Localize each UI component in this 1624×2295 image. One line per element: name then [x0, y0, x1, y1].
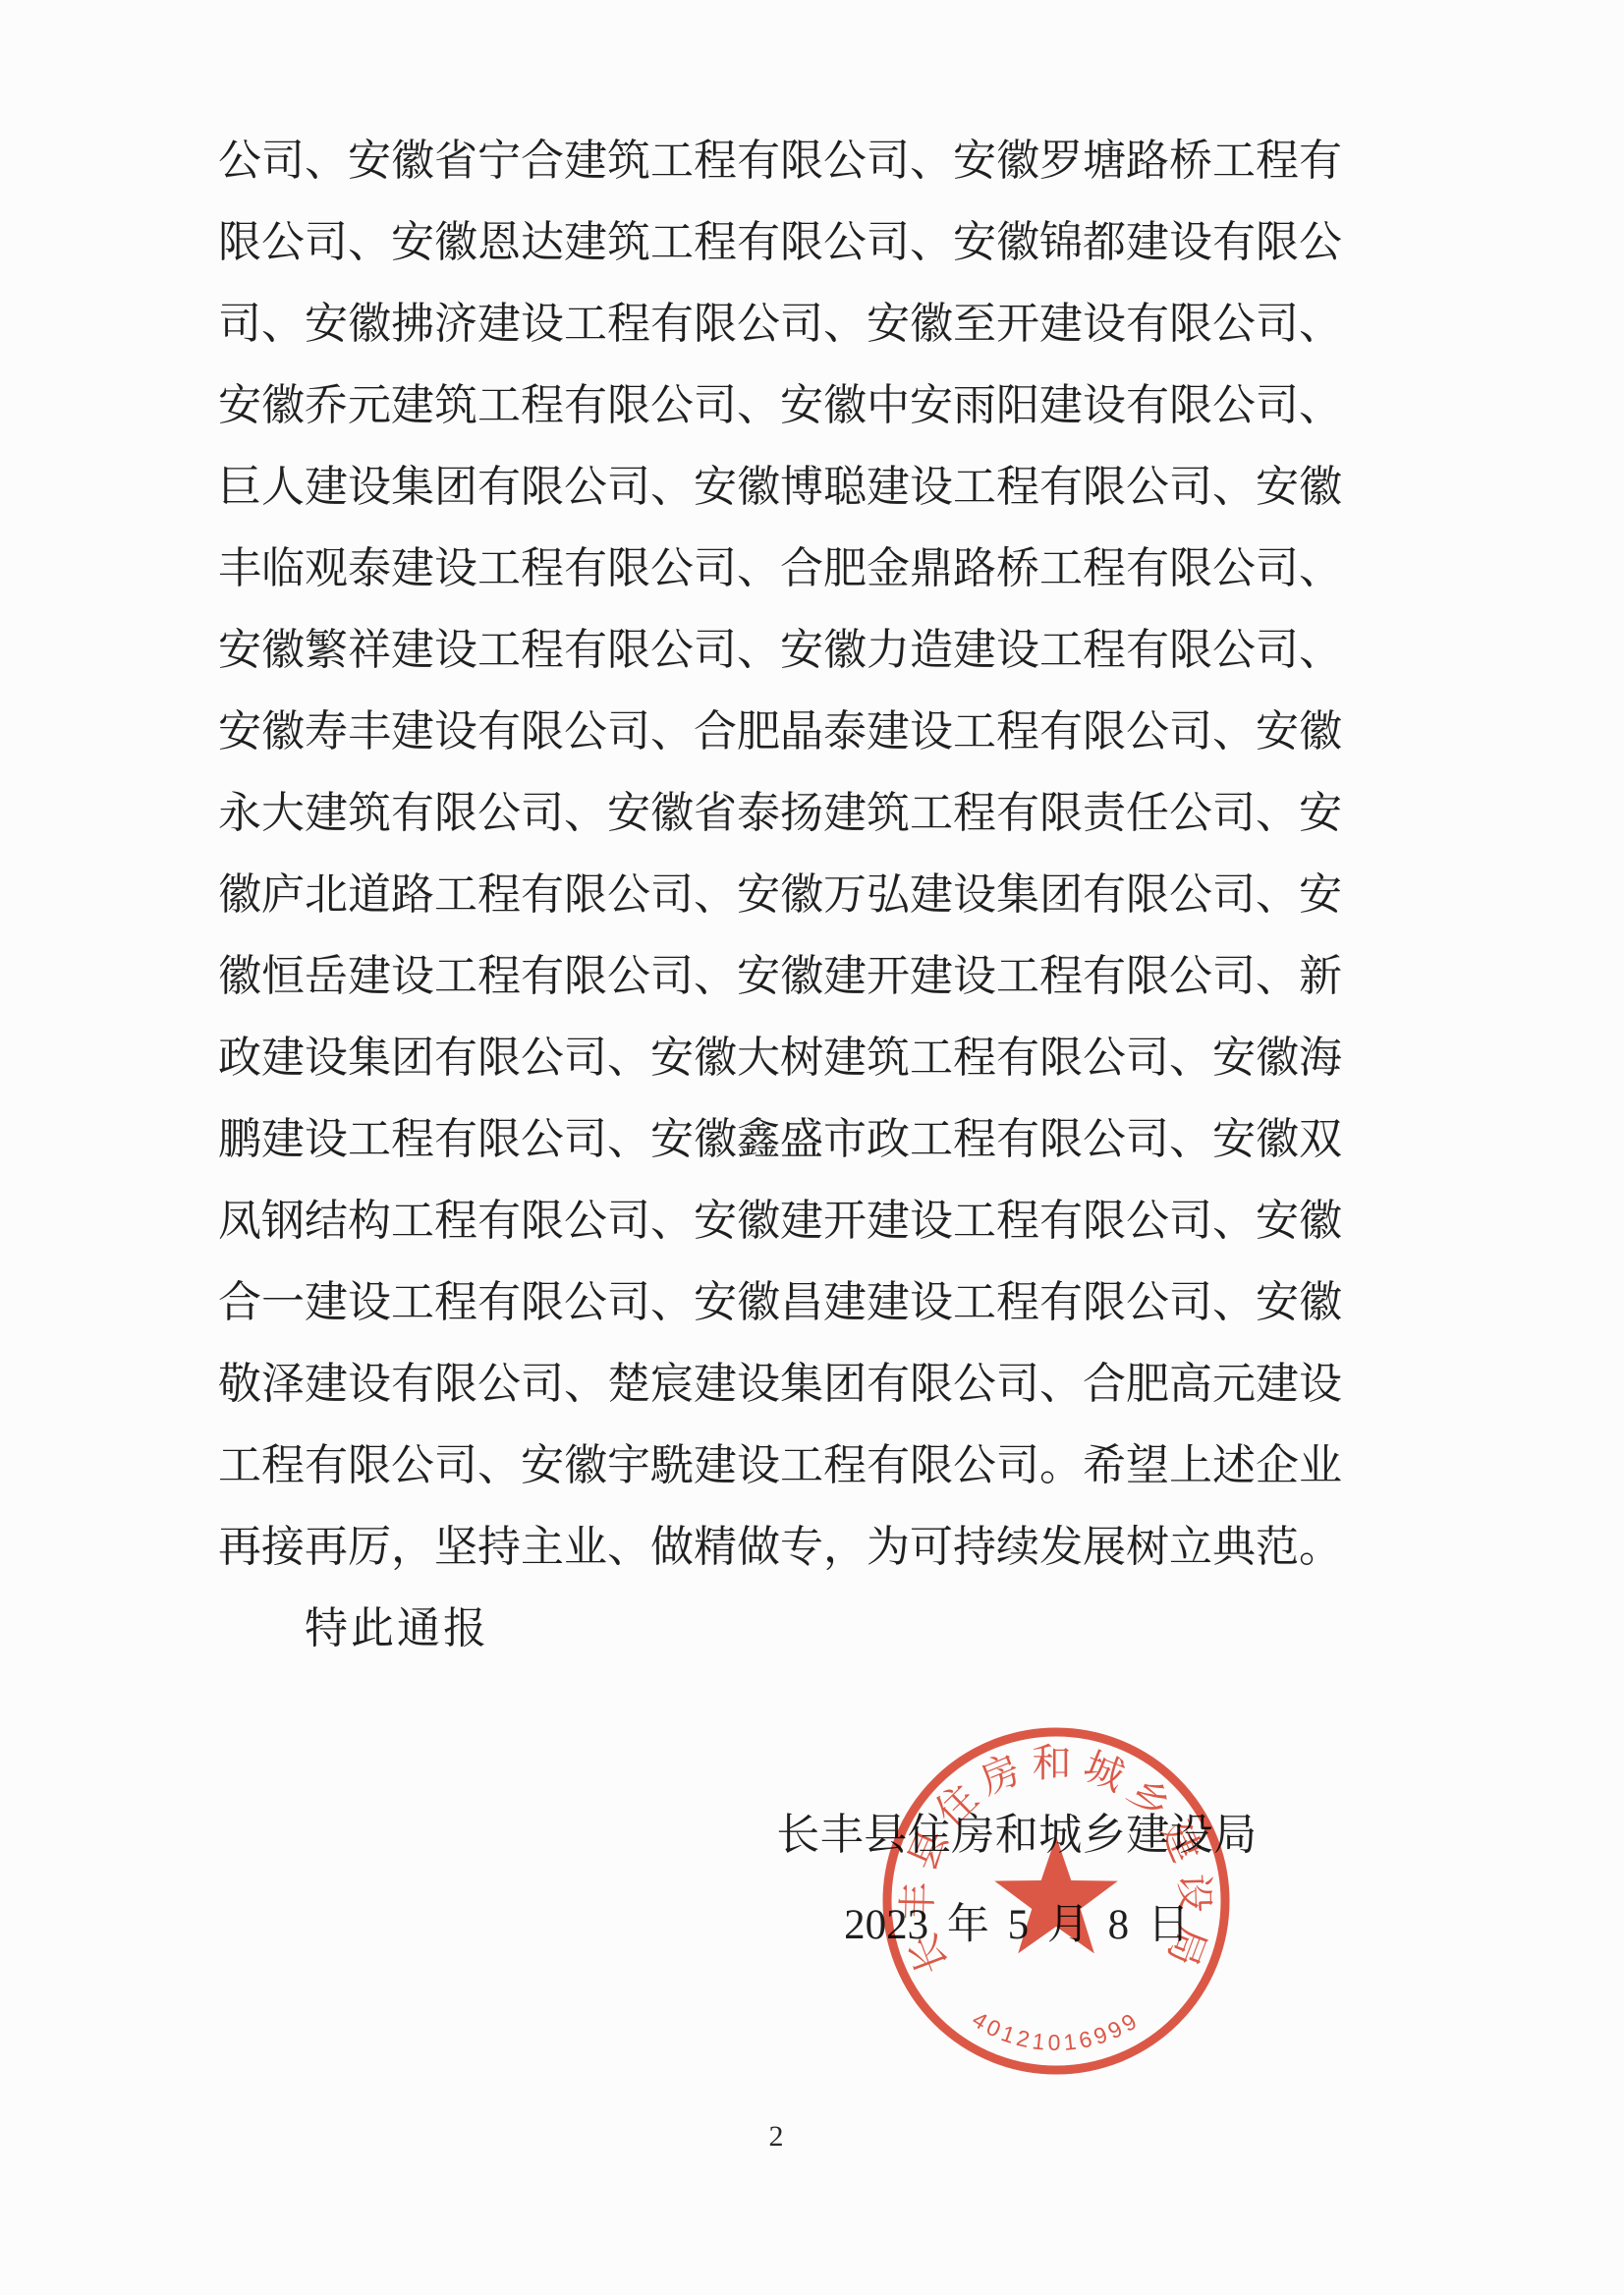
- body-line: 再接再厉，坚持主业、做精做专，为可持续发展树立典范。: [218, 1506, 1340, 1588]
- body-line: 巨人建设集团有限公司、安徽博聪建设工程有限公司、安徽: [218, 446, 1340, 528]
- signature-agency: 长丰县住房和城乡建设局: [768, 1810, 1265, 1861]
- body-paragraph: 公司、安徽省宁合建筑工程有限公司、安徽罗塘路桥工程有 限公司、安徽恩达建筑工程有…: [218, 120, 1340, 1588]
- body-line: 司、安徽拂济建设工程有限公司、安徽至开建设有限公司、: [218, 283, 1340, 364]
- document-page: 公司、安徽省宁合建筑工程有限公司、安徽罗塘路桥工程有 限公司、安徽恩达建筑工程有…: [0, 0, 1624, 2295]
- body-line: 限公司、安徽恩达建筑工程有限公司、安徽锦都建设有限公: [218, 201, 1340, 283]
- body-line: 安徽寿丰建设有限公司、合肥晶泰建设工程有限公司、安徽: [218, 691, 1340, 772]
- body-line: 徽恒岳建设工程有限公司、安徽建开建设工程有限公司、新: [218, 935, 1340, 1017]
- closing-line: 特此通报: [218, 1588, 1340, 1669]
- svg-text:3401210169998: 3401210169998: [857, 1702, 1145, 2055]
- page-number: 2: [747, 2120, 806, 2154]
- body-line: 安徽乔元建筑工程有限公司、安徽中安雨阳建设有限公司、: [218, 364, 1340, 446]
- signature-date: 2023 年 5 月 8 日: [768, 1900, 1265, 1951]
- body-line: 永大建筑有限公司、安徽省泰扬建筑工程有限责任公司、安: [218, 772, 1340, 854]
- body-line: 徽庐北道路工程有限公司、安徽万弘建设集团有限公司、安: [218, 854, 1340, 935]
- body-line: 敬泽建设有限公司、楚宸建设集团有限公司、合肥高元建设: [218, 1343, 1340, 1425]
- body-line: 安徽繁祥建设工程有限公司、安徽力造建设工程有限公司、: [218, 609, 1340, 691]
- body-line: 凤钢结构工程有限公司、安徽建开建设工程有限公司、安徽: [218, 1180, 1340, 1261]
- body-line: 公司、安徽省宁合建筑工程有限公司、安徽罗塘路桥工程有: [218, 120, 1340, 201]
- body-line: 丰临观泰建设工程有限公司、合肥金鼎路桥工程有限公司、: [218, 528, 1340, 609]
- seal-serial-number: 3401210169998: [857, 1702, 1145, 2055]
- body-line: 合一建设工程有限公司、安徽昌建建设工程有限公司、安徽: [218, 1261, 1340, 1343]
- body-line: 鹏建设工程有限公司、安徽鑫盛市政工程有限公司、安徽双: [218, 1098, 1340, 1180]
- body-line: 工程有限公司、安徽宇駪建设工程有限公司。希望上述企业: [218, 1425, 1340, 1506]
- body-line: 政建设集团有限公司、安徽大树建筑工程有限公司、安徽海: [218, 1017, 1340, 1098]
